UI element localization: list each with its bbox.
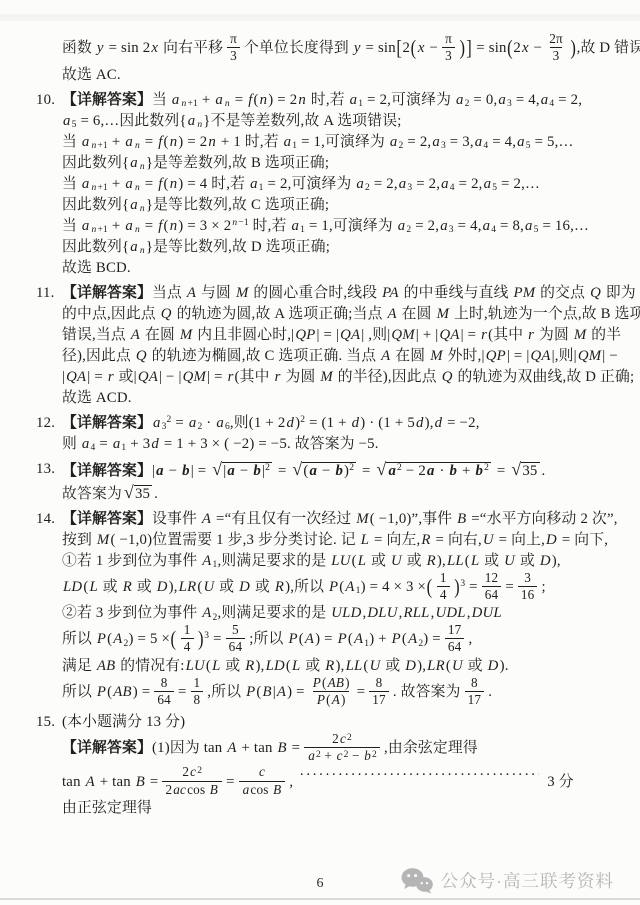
answer-line: LD(L 或 R 或 D),LR(U 或 D 或 R),所以 P(A1) = 4… (0, 572, 640, 604)
subscript: 4 (91, 443, 96, 453)
math-variable: B (261, 684, 272, 700)
text-span: 由正弦定理得 (62, 800, 152, 816)
subscript: 2 (213, 613, 218, 623)
math-variable: A (226, 740, 237, 756)
math-variable: b (363, 748, 372, 763)
math-variable: a (129, 239, 139, 255)
subscript: 5 (72, 120, 77, 130)
text-span: 因此数列{an}是等比数列,故 C 选项正确; (62, 197, 329, 213)
text-span: ,故 D 错误. (577, 40, 640, 56)
math-variable: a (62, 113, 72, 129)
text-span: ②若 3 步到位为事件 A2,则满足要求的是 ULD,DLU,RLL,UDL,D… (62, 605, 503, 621)
answer-line: a5 = 6,…因此数列{an}不是等差数列,故 A 选项错误; (0, 111, 640, 132)
math-variable: D (404, 658, 417, 674)
fraction: cacos B (239, 765, 286, 797)
math-variable: n (139, 162, 146, 172)
text-span: 则 a4 = a1 + 3d = 1 + 3 × ( −2) = −5. 故答案… (62, 436, 379, 452)
math-variable: a (112, 436, 122, 452)
answer-line: 故选 AC. (0, 65, 640, 86)
math-variable: R (420, 532, 431, 548)
radicand: (a − b)2 (302, 462, 356, 479)
fraction-numerator: 3 (521, 571, 534, 586)
subscript: n (134, 183, 141, 193)
math-variable: M (96, 532, 111, 548)
math-variable: R (324, 658, 335, 674)
math-variable: M (436, 306, 451, 322)
math-variable: QM (390, 327, 415, 343)
superscript: 2 (300, 415, 305, 425)
subscript: 1 (358, 99, 363, 109)
subscript: 3 (162, 422, 167, 432)
math-variable: LD (62, 579, 83, 595)
dotted-leader: ········································… (299, 765, 539, 786)
text-span: x − (417, 40, 438, 56)
answer-line: |QA| = r 或|QA| − |QM| = r(其中 r 为圆 M 的半径)… (0, 367, 640, 388)
math-variable: x (150, 40, 159, 56)
fraction: 1264 (482, 571, 502, 603)
text-span: . (488, 684, 492, 700)
math-variable: LL (345, 658, 364, 674)
big-bracket: ] (466, 34, 473, 61)
text-span: = (358, 463, 374, 479)
math-variable: a (455, 92, 465, 108)
radical-sign: √ (212, 459, 222, 479)
math-variable: a (483, 176, 493, 192)
radical-sign: √ (376, 459, 386, 479)
math-variable: D (156, 579, 169, 595)
text-span: 所以 P(A2) = 5 × (62, 631, 170, 647)
fraction-numerator: 8 (158, 676, 171, 691)
math-variable: P (328, 579, 339, 595)
fraction-numerator: 1 (437, 571, 450, 586)
subscript: 3 (507, 99, 512, 109)
subscript: 1 (213, 560, 218, 570)
subscript: 6 (225, 422, 230, 432)
text-span (407, 874, 410, 877)
math-variable: n (231, 218, 238, 228)
subscript: n+1 (91, 225, 108, 235)
subscript: 4 (483, 141, 488, 151)
superscript: 2 (344, 750, 349, 760)
text-span: |QA| = r 或|QA| − |QM| = r(其中 r 为圆 M 的半径)… (62, 369, 634, 385)
fraction-numerator: 1 (181, 623, 194, 638)
radical-sign: √ (292, 459, 302, 479)
math-variable: PM (513, 285, 537, 301)
math-variable: a (482, 218, 492, 234)
subscript: 2 (465, 99, 470, 109)
math-variable: a (215, 415, 225, 431)
math-variable: L (360, 532, 370, 548)
text-span: 3 = (204, 631, 221, 647)
text-span: 故选 ACD. (62, 390, 132, 406)
subscript: 4 (491, 225, 496, 235)
text-span: ; (541, 579, 545, 595)
fraction-denominator: 3 (550, 47, 563, 63)
fraction: 14 (437, 571, 450, 603)
subscript: 5 (534, 225, 539, 235)
math-variable: a (290, 218, 300, 234)
big-bracket: [ (396, 34, 403, 61)
radical-sign: √ (511, 459, 521, 479)
math-variable: AB (327, 675, 346, 690)
answer-line: 因此数列{an}是等比数列,故 D 选项正确; (0, 237, 640, 258)
fraction-denominator: 2accos B (162, 781, 222, 797)
math-variable: B (276, 740, 287, 756)
fraction-denominator: 4 (437, 586, 450, 602)
math-variable: QA (438, 327, 460, 343)
math-variable: d (415, 415, 425, 431)
answer-line-numbered: 11.【详解答案】当点 A 与圆 M 的圆心重合时,线段 PA 的中垂线与直线 … (0, 283, 640, 304)
math-variable: a (187, 113, 197, 129)
fraction-denominator: 16 (518, 586, 538, 602)
math-variable: y (96, 40, 105, 56)
radicand: 35 (134, 485, 152, 502)
fraction-numerator: 8 (468, 676, 481, 691)
text-span: 3 = (460, 579, 477, 595)
fraction: π3 (227, 32, 240, 64)
math-variable: a (349, 92, 359, 108)
math-variable: n (91, 141, 98, 151)
bold-label: 【详解答案】 (62, 740, 152, 756)
subscript: 2 (406, 225, 411, 235)
math-variable: a (81, 176, 91, 192)
answer-line-numbered: 13.【详解答案】|a − b| = √|a − b|2 = √(a − b)2… (0, 459, 640, 482)
text-span: LD(L 或 R 或 D),LR(U 或 D 或 R),所以 P(A1) = 4… (62, 579, 426, 595)
math-variable: U (390, 553, 403, 569)
math-variable: A (331, 692, 341, 707)
math-variable: a (129, 197, 139, 213)
text-span: 故选 AC. (62, 67, 121, 83)
math-variable: B (135, 774, 146, 790)
fraction-numerator: 17 (445, 623, 465, 638)
fraction: 1764 (445, 623, 465, 655)
math-vector: b (334, 463, 344, 479)
math-variable: P (245, 684, 256, 700)
scan-edge-line (0, 898, 640, 900)
text-span: . 故答案为 (393, 684, 461, 700)
math-vector: b (252, 463, 262, 479)
math-variable: U (451, 658, 464, 674)
math-variable: a (355, 176, 365, 192)
math-variable: r (107, 369, 115, 385)
answer-line: 因此数列{an}是等比数列,故 C 选项正确; (0, 195, 640, 216)
math-variable: QA (65, 369, 87, 385)
math-variable: U (482, 532, 495, 548)
subscript: n (139, 162, 146, 172)
math-vector: b (181, 463, 191, 479)
text-span: |a − b| = (152, 463, 210, 479)
math-variable: B (272, 782, 282, 797)
math-variable: c (336, 748, 344, 763)
square-root: √a2 − 2a · b + b2 (376, 463, 491, 479)
question-number: 10. (36, 90, 55, 111)
square-root: √(a − b)2 (292, 463, 356, 479)
answer-line: 由正弦定理得 (0, 798, 640, 819)
answer-line: tan A + tan B =2c22accos B=cacos B,·····… (0, 765, 640, 798)
text-span: . (154, 486, 158, 502)
radical-sign: √ (124, 482, 134, 502)
fraction-numerator: 2c2 (179, 765, 205, 780)
text-span (425, 882, 427, 884)
watermark-text: 公众号·高三联考资料 (441, 868, 614, 893)
fraction-numerator: 5 (229, 623, 242, 638)
watermark: 公众号·高三联考资料 (400, 867, 614, 894)
math-variable: a (124, 176, 134, 192)
big-bracket: ) (570, 34, 577, 61)
square-root: √35 (124, 486, 152, 502)
math-variable: R (274, 579, 285, 595)
fraction: 817 (465, 676, 485, 708)
math-variable: A (201, 605, 212, 621)
subscript: 1 (121, 443, 126, 453)
answer-line: 故答案为√35. (0, 482, 640, 505)
math-variable: y (353, 40, 362, 56)
math-variable: M (573, 327, 588, 343)
math-variable: a (242, 782, 251, 797)
superscript: 2 (484, 463, 489, 473)
math-variable: A (276, 684, 287, 700)
answer-line: 故选 ACD. (0, 388, 640, 409)
math-variable: a (188, 415, 198, 431)
text-span: ①若 1 步到位为事件 A1,则满足要求的是 LU(L 或 U 或 R),LL(… (62, 553, 561, 569)
math-variable: a (152, 415, 162, 431)
math-variable: RLL (402, 605, 430, 621)
math-variable: x (521, 40, 530, 56)
bold-label: 【详解答案】 (62, 415, 152, 431)
fraction: π3 (442, 32, 455, 64)
subscript: n (196, 120, 203, 130)
superscript: 2 (265, 463, 270, 473)
math-variable: P (96, 631, 107, 647)
math-variable: a (497, 92, 507, 108)
fraction-numerator: c (255, 765, 269, 780)
math-variable: a (171, 92, 181, 108)
math-variable: a (283, 134, 293, 150)
subscript: 5 (526, 141, 531, 151)
subscript: n+1 (91, 183, 108, 193)
math-variable: D (487, 658, 500, 674)
fraction-denominator: 3 (227, 47, 240, 63)
math-variable: r (227, 369, 235, 385)
math-variable: QM (577, 348, 602, 364)
subscript: 1 (356, 586, 361, 596)
math-variable: n (134, 141, 141, 151)
subscript: n (139, 204, 146, 214)
subscript: 3 (407, 183, 412, 193)
answer-line: ①若 1 步到位为事件 A1,则满足要求的是 LU(L 或 U 或 R),LL(… (0, 551, 640, 572)
text-span: 按到 M( −1,0)位置需要 1 步,3 步分类讨论. 记 L = 向左,R … (62, 532, 608, 548)
math-variable: LU (185, 658, 206, 674)
text-span: , (289, 774, 293, 790)
text-span: , (468, 631, 472, 647)
math-variable: QA (529, 348, 551, 364)
question-number: 11. (36, 283, 55, 304)
math-variable: Q (135, 348, 148, 364)
text-span: . (542, 463, 546, 479)
text-span: 3 分 (547, 774, 574, 790)
fraction-denominator: P(A) (313, 691, 349, 707)
math-variable: f (157, 134, 163, 150)
math-vector: a (155, 463, 165, 479)
fraction-numerator: P(AB) (309, 676, 353, 691)
math-variable: c (339, 731, 347, 746)
answer-line: 则 a4 = a1 + 3d = 1 + 3 × ( −2) = −5. 故答案… (0, 434, 640, 455)
answer-line: 当 an+1 + an = f(n) = 2n + 1 时,若 a1 = 1,可… (0, 132, 640, 153)
math-variable: a (124, 134, 134, 150)
scanned-answer-page: 函数 y = sin 2x 向右平移π3个单位长度得到 y = sin[2(x … (0, 0, 640, 905)
answer-line: 函数 y = sin 2x 向右平移π3个单位长度得到 y = sin[2(x … (0, 33, 640, 65)
math-variable: A (112, 631, 123, 647)
fraction-denominator: 64 (445, 638, 465, 654)
bold-label: 【详解答案】 (62, 463, 152, 479)
fraction: 864 (154, 676, 174, 708)
text-span: (本小题满分 13 分) (62, 714, 185, 730)
answer-line-numbered: 10.【详解答案】当 an+1 + an = f(n) = 2n 时,若 a1 … (0, 90, 640, 111)
text-span: = sin (472, 40, 506, 56)
answer-line: ②若 3 步到位为事件 A2,则满足要求的是 ULD,DLU,RLL,UDL,D… (0, 603, 640, 624)
subscript: 1 (292, 141, 297, 151)
text-span (416, 877, 433, 891)
math-variable: A (407, 631, 418, 647)
answer-line: 因此数列{an}是等差数列,故 B 选项正确; (0, 153, 640, 174)
math-variable: a (524, 218, 534, 234)
math-variable: DUL (471, 605, 503, 621)
question-number: 14. (36, 509, 55, 530)
text-span: (1)因为 tan A + tan B = (152, 740, 300, 756)
fraction-denominator: 17 (465, 691, 485, 707)
fraction-numerator: 8 (373, 676, 386, 691)
answer-line: 的中点,因此点 Q 的轨迹为圆,故 A 选项正确;当点 A 在圆 M 上时,轨迹… (0, 304, 640, 325)
math-variable: A (85, 774, 96, 790)
math-variable: LD (265, 658, 286, 674)
fraction: 14 (181, 623, 194, 655)
text-span: 当 an+1 + an = f(n) = 2n 时,若 a1 = 2,可演绎为 … (152, 92, 582, 108)
math-variable: U (503, 553, 516, 569)
math-variable: a (439, 218, 449, 234)
question-number: 12. (36, 413, 55, 434)
math-variable: L (88, 579, 98, 595)
math-variable: D (238, 579, 251, 595)
math-variable: L (357, 553, 367, 569)
text-span: = (226, 774, 235, 790)
math-vector: a (426, 463, 436, 479)
text-span: = (178, 684, 187, 700)
math-vector: a (308, 463, 318, 479)
fraction: P(AB)P(A) (309, 676, 353, 708)
text-span: ,由余弦定理得 (384, 740, 478, 756)
math-variable: B (209, 782, 219, 797)
math-variable: n (169, 218, 179, 234)
superscript: 2 (316, 750, 321, 760)
math-variable: AB (96, 658, 116, 674)
math-variable: x (417, 40, 426, 56)
superscript: 2 (349, 463, 354, 473)
answer-line: 当 an+1 + an = f(n) = 3 × 2n−1 时,若 a1 = 1… (0, 216, 640, 237)
superscript: 2 (167, 415, 172, 425)
math-variable: d (351, 415, 361, 431)
math-variable: L (470, 553, 480, 569)
fraction-numerator: 12 (482, 571, 502, 586)
math-variable: a (81, 436, 91, 452)
math-variable: c (258, 764, 266, 779)
fraction-numerator: π (227, 32, 240, 47)
math-variable: A (353, 631, 364, 647)
math-variable: Q (160, 306, 173, 322)
math-variable: a (214, 92, 224, 108)
math-variable: a (81, 218, 91, 234)
math-variable: n (207, 134, 217, 150)
document-lines: 函数 y = sin 2x 向右平移π3个单位长度得到 y = sin[2(x … (0, 33, 640, 819)
math-variable: QA (339, 327, 361, 343)
math-variable: a (389, 134, 399, 150)
bold-label: 【详解答案】 (62, 92, 152, 108)
subscript: n (134, 225, 141, 235)
math-variable: A (201, 553, 212, 569)
math-variable: a (129, 155, 139, 171)
math-variable: A (304, 631, 315, 647)
superscript: 3 (204, 631, 209, 641)
math-variable: d (285, 415, 295, 431)
math-vector: b (474, 463, 484, 479)
text-span: 满足 AB 的情况有:LU(L 或 R),LD(L 或 R),LL(U 或 D)… (62, 658, 509, 674)
answer-line: 按到 M( −1,0)位置需要 1 步,3 步分类讨论. 记 L = 向左,R … (0, 530, 640, 551)
math-variable: U (202, 579, 215, 595)
math-variable: a (124, 218, 134, 234)
math-variable: d (150, 436, 160, 452)
superscript: 2 (397, 463, 402, 473)
math-variable: R (426, 553, 437, 569)
math-variable: n (181, 99, 188, 109)
subscript: 2 (197, 422, 202, 432)
answer-line: 径),因此点 Q 的轨迹为椭圆,故 C 选项正确. 当点 A 在圆 M 外时,|… (0, 346, 640, 367)
text-span: 径),因此点 Q 的轨迹为椭圆,故 C 选项正确. 当点 A 在圆 M 外时,|… (62, 348, 618, 364)
math-variable: QP (485, 348, 507, 364)
math-variable: c (189, 764, 197, 779)
math-variable: LL (446, 553, 465, 569)
math-variable: R (244, 658, 255, 674)
answer-line: 当 an+1 + an = f(n) = 4 时,若 a1 = 2,可演绎为 a… (0, 174, 640, 195)
text-span: = (274, 463, 290, 479)
math-variable: n (139, 246, 146, 256)
fraction: 2π3 (546, 32, 566, 64)
fraction-denominator: acos B (239, 781, 286, 797)
math-variable: a (397, 218, 407, 234)
math-variable: AB (112, 684, 132, 700)
big-bracket: ( (507, 34, 514, 61)
text-span (420, 882, 422, 884)
math-variable: R (122, 579, 133, 595)
math-variable: DLU (366, 605, 398, 621)
fraction-denominator: 64 (154, 691, 174, 707)
math-variable: L (211, 658, 221, 674)
math-vector: b (449, 463, 459, 479)
math-variable: A (344, 579, 355, 595)
math-variable: QA (137, 369, 159, 385)
math-variable: n (139, 204, 146, 214)
subscript: 3 (449, 225, 454, 235)
fraction-denominator: 64 (226, 638, 246, 654)
math-variable: ac (172, 782, 187, 797)
text-span (414, 874, 417, 877)
text-span: ;所以 P(A) = P(A1) + P(A2) = (249, 631, 441, 647)
math-variable: a (307, 748, 316, 763)
subscript: 4 (450, 183, 455, 193)
text-span (401, 868, 432, 893)
math-variable: QP (294, 327, 316, 343)
text-span: = (505, 579, 514, 595)
text-span: 故答案为 (62, 486, 122, 502)
text-span: 当点 A 与圆 M 的圆心重合时,线段 PA 的中垂线与直线 PM 的交点 Q … (152, 285, 640, 301)
